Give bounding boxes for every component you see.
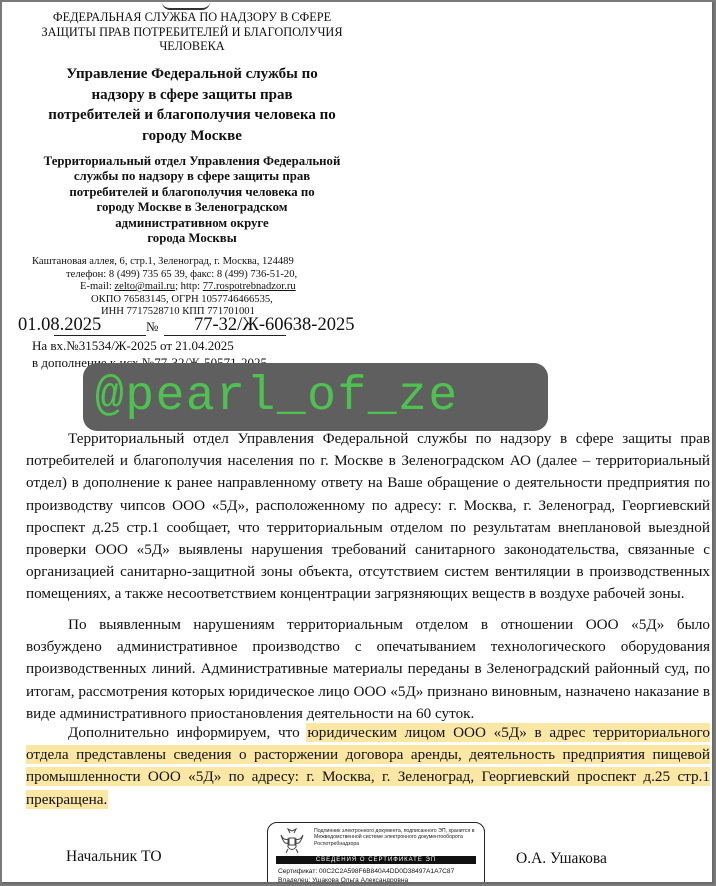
okpo-ogrn: ОКПО 76583145, ОГРН 1057746466535, xyxy=(91,294,322,307)
department-heading: Управление Федеральной службы по надзору… xyxy=(22,64,362,146)
stamp-title: СВЕДЕНИЯ О СЕРТИФИКАТЕ ЭП xyxy=(276,856,476,864)
watermark-overlay: @pearl_of_ze xyxy=(83,363,548,431)
certificate-details: Сертификат: 00C2C2A598F6B840A4DD0D38497A… xyxy=(278,867,482,884)
certificate-owner: Владелец: Ушакова Ольга Александровна xyxy=(278,876,482,884)
email-web-line: E-mail: zelto@mail.ru; http: 77.rospotre… xyxy=(80,281,322,294)
body-paragraph-3: Дополнительно информируем, что юридическ… xyxy=(26,722,710,811)
registration-line: 01.08.2025 № 77-32/Ж-60638-2025 xyxy=(18,315,358,337)
phone-fax: телефон: 8 (499) 735 65 39, факс: 8 (499… xyxy=(66,269,322,282)
incoming-reference: На вх.№31534/Ж-2025 от 21.04.2025 xyxy=(32,337,362,354)
stamp-note: Подлинник электронного документа, подпис… xyxy=(314,828,480,847)
registration-number: 77-32/Ж-60638-2025 xyxy=(194,315,354,336)
email-link[interactable]: zelto@mail.ru xyxy=(114,281,175,292)
letter-page: ФЕДЕРАЛЬНАЯ СЛУЖБА ПО НАДЗОРУ В СФЕРЕ ЗА… xyxy=(2,2,714,884)
coat-of-arms-icon xyxy=(278,827,306,855)
number-sign: № xyxy=(146,319,158,335)
signer-name: О.А. Ушакова xyxy=(516,850,607,868)
federal-service-heading: ФЕДЕРАЛЬНАЯ СЛУЖБА ПО НАДЗОРУ В СФЕРЕ ЗА… xyxy=(22,10,362,54)
body-paragraph-2: По выявленным нарушениям территориальным… xyxy=(26,614,710,725)
address: Каштановая аллея, 6, стр.1, Зеленоград, … xyxy=(32,256,322,269)
emblem-icon xyxy=(162,2,210,10)
body-paragraph-1: Территориальный отдел Управления Федерал… xyxy=(26,428,710,606)
territorial-office-heading: Территориальный отдел Управления Федерал… xyxy=(22,154,362,246)
electronic-signature-stamp: Подлинник электронного документа, подпис… xyxy=(267,822,485,884)
website-link[interactable]: 77.rospotrebnadzor.ru xyxy=(203,281,296,292)
letter-date: 01.08.2025 xyxy=(18,315,101,336)
signer-position: Начальник ТО xyxy=(66,848,162,866)
contact-block: Каштановая аллея, 6, стр.1, Зеленоград, … xyxy=(22,256,322,319)
date-underline xyxy=(54,335,146,336)
certificate-number: Сертификат: 00C2C2A598F6B840A4DD0D38497A… xyxy=(278,867,482,876)
